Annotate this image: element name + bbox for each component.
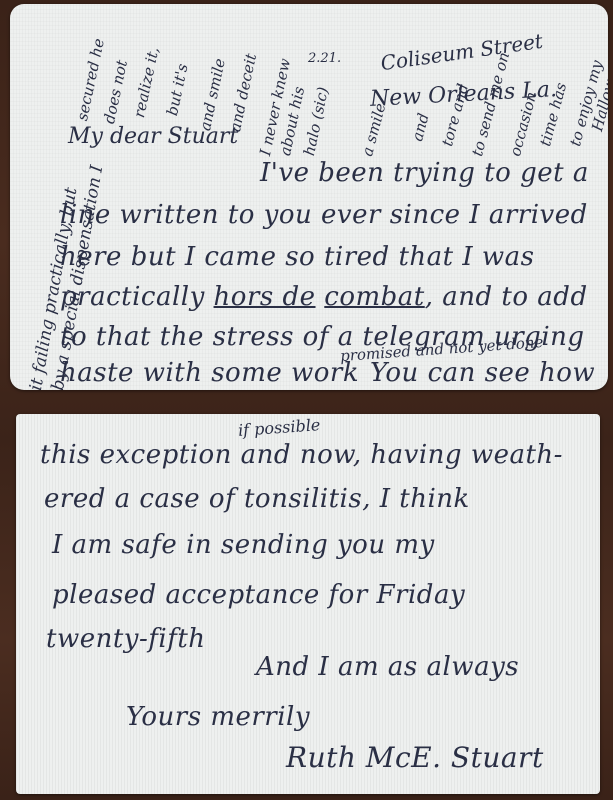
body-line-4: practically hors de combat, and to add (60, 284, 588, 310)
body-line-5: twenty-fifth (46, 626, 206, 652)
closing-line: And I am as always (256, 654, 519, 680)
address-line-1: Coliseum Street (379, 31, 544, 74)
body-line-6: haste with some work (60, 360, 359, 386)
hors-de: hors de (214, 282, 316, 312)
body-line-3: here but I came so tired that I was (60, 244, 535, 270)
word-and-to-add: , and to add (425, 282, 588, 312)
postcard-front: it failing practically, but by a special… (10, 4, 608, 390)
margin-note-top-4: but it's (165, 62, 191, 117)
margin-note-right-2: and (410, 112, 432, 143)
word-practically: practically (60, 282, 214, 312)
valediction: Yours merrily (126, 704, 310, 730)
body-line-1: this exception and now, having weath- (40, 442, 563, 468)
margin-note-top-2: does not (102, 59, 130, 125)
margin-note-top-3: realize it, (132, 46, 162, 119)
date: 2.21. (308, 52, 341, 65)
salutation: My dear Stuart (68, 126, 238, 148)
combat: combat (324, 282, 424, 312)
signature: Ruth McE. Stuart (286, 744, 544, 772)
body-line-7: You can see how (370, 360, 595, 386)
body-line-3: I am safe in sending you my (52, 532, 435, 558)
body-line-1: I've been trying to get a (260, 160, 589, 186)
margin-note-top-5: and smile (198, 57, 228, 132)
body-line-2: line written to you ever since I arrived (60, 202, 588, 228)
postcard-back: if possible this exception and now, havi… (16, 414, 600, 794)
insertion-above: if possible (238, 417, 321, 439)
margin-note-top-6: and deceit (228, 52, 259, 133)
margin-note-right-1: a smile (360, 102, 388, 158)
body-line-4: pleased acceptance for Friday (52, 582, 465, 608)
body-line-2: ered a case of tonsilitis, I think (44, 486, 470, 512)
